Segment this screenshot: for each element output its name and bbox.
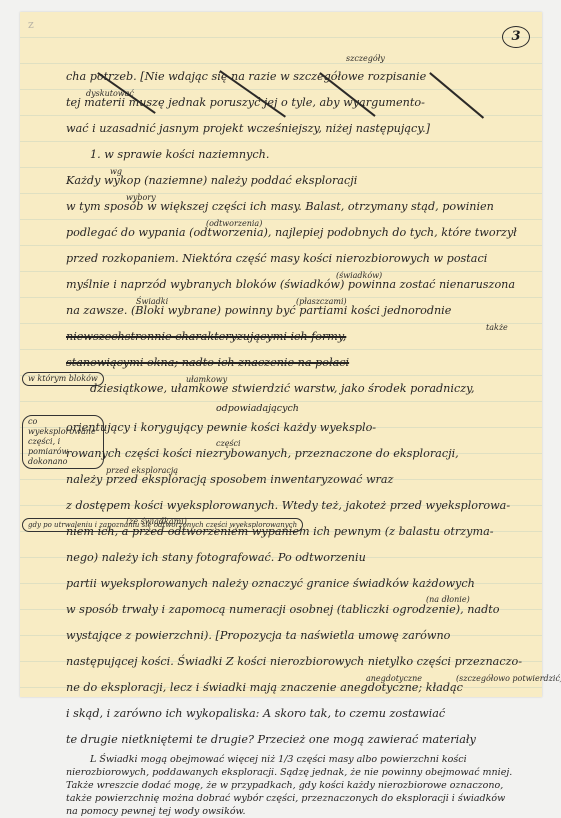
text-line: dziesiątkowe, ułamkowe stwierdzić warstw… [66,376,536,402]
text-line: nego) należy ich stany fotografować. Po … [66,545,536,571]
insertion: (odtworzenia) [206,211,262,237]
text-line: odpowiadających [66,402,536,415]
text-line: przed rozkopaniem. Niektóra część masy k… [66,246,536,272]
text-line: na zawsze. (Bloki wybrane) powinny być p… [66,298,536,324]
manuscript-page: z 3 w którym bloków co wyeksplorowane cz… [20,12,542,697]
insertion: (płaszczami) [296,289,347,315]
insertion: (szczegółowo potwierdzić) [456,666,561,692]
insertion: anegdotyczne [366,666,422,692]
insertion: także [486,315,508,341]
manuscript-text: cha potrzeb. [Nie wdając się na razie w … [66,64,536,709]
text-line: ne do eksploracji, lecz i świadki mają z… [66,675,536,701]
text-line: wystające z powierzchni). [Propozycja ta… [66,623,536,649]
text-line: z dostępem kości wyeksplorowanych. Wtedy… [66,493,536,519]
insertion: wybory [126,185,156,211]
text-line: należy przed eksploracją sposobem inwent… [66,467,536,493]
insertion: (świadków) [336,263,382,289]
text-line-deleted: niewszechstronnie charakteryzującymi ich… [66,324,536,350]
corner-mark: z [28,18,34,31]
text-line: partii wyeksplorowanych należy oznaczyć … [66,571,536,597]
text-line: w tym sposób w większej części ich masy.… [66,194,536,220]
insertion: wg [110,159,122,185]
text-line-deleted: stanowiącymi okna; nadto ich znaczenie n… [66,350,536,376]
insertion: ułamkowy [186,367,227,393]
text-line: podlegać do wypania (odtworzenia), najle… [66,220,536,246]
text-line: w sposób trwały i zapomocą numeracji oso… [66,597,536,623]
text-line: i skąd, i zarówno ich wykopaliska: A sko… [66,701,536,709]
insertion: Świadki [136,289,168,315]
text-line: cha potrzeb. [Nie wdając się na razie w … [66,64,536,90]
text-line: orientujący i korygujący pewnie kości ka… [66,415,536,441]
text-line: 1. w sprawie kości naziemnych. [66,142,536,168]
text-line: wać i uzasadnić jasnym projekt wcześniej… [66,116,536,142]
insertion: szczegóły [346,46,385,72]
page-number: 3 [502,26,530,48]
text-line: niem ich, a przed odtworzeniem wypaniem … [66,519,536,545]
insertion: przed eksploracją [106,458,178,484]
